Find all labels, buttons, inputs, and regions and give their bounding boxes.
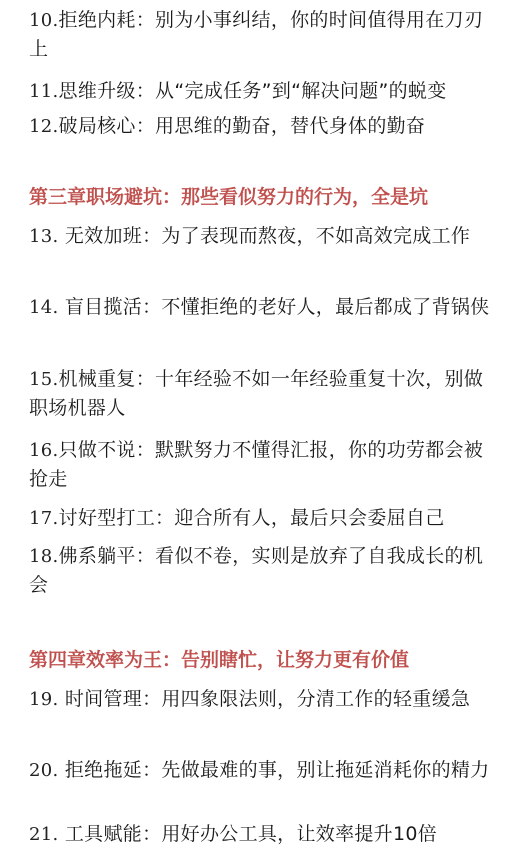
- list-item-15: 15.机械重复：十年经验不如一年经验重复十次，别做职场机器人: [29, 365, 491, 423]
- item-number: 12.: [29, 116, 59, 137]
- item-number: 19.: [29, 689, 59, 710]
- list-item-19: 19. 时间管理：用四象限法则，分清工作的轻重缓急: [29, 685, 491, 714]
- item-text: 拒绝内耗：别为小事纠结，你的时间值得用在刀刃上: [29, 9, 483, 60]
- list-item-20: 20. 拒绝拖延：先做最难的事，别让拖延消耗你的精力: [29, 756, 491, 785]
- item-number: 13.: [29, 226, 59, 247]
- list-item-12: 12.破局核心：用思维的勤奋，替代身体的勤奋: [29, 112, 491, 141]
- list-item-11: 11.思维升级：从“完成任务”到“解决问题”的蜕变: [29, 77, 491, 106]
- item-number: 14.: [29, 297, 59, 318]
- item-number: 15.: [29, 369, 59, 390]
- item-number: 18.: [29, 546, 59, 567]
- list-item-17: 17.讨好型打工：迎合所有人，最后只会委屈自己: [29, 504, 491, 533]
- item-number: 16.: [29, 440, 59, 461]
- item-text: 思维升级：从“完成任务”到“解决问题”的蜕变: [59, 80, 447, 102]
- list-item-21: 21. 工具赋能：用好办公工具，让效率提升10倍: [29, 820, 491, 849]
- item-text: 破局核心：用思维的勤奋，替代身体的勤奋: [59, 115, 426, 137]
- item-text: 佛系躺平：看似不卷，实则是放弃了自我成长的机会: [29, 545, 483, 596]
- chapter-3-heading: 第三章职场避坑：那些看似努力的行为，全是坑: [29, 183, 499, 211]
- item-number: 11.: [29, 81, 59, 102]
- chapter-4-heading: 第四章效率为王：告别瞎忙，让努力更有价值: [29, 646, 499, 674]
- item-number: 21.: [29, 824, 59, 845]
- list-item-14: 14. 盲目揽活：不懂拒绝的老好人，最后都成了背锅侠: [29, 293, 491, 322]
- list-item-18: 18.佛系躺平：看似不卷，实则是放弃了自我成长的机会: [29, 542, 491, 600]
- item-text: 机械重复：十年经验不如一年经验重复十次，别做职场机器人: [29, 368, 483, 419]
- item-text: 无效加班：为了表现而熬夜，不如高效完成工作: [59, 225, 471, 247]
- item-text: 时间管理：用四象限法则，分清工作的轻重缓急: [59, 688, 471, 710]
- list-item-16: 16.只做不说：默默努力不懂得汇报，你的功劳都会被抢走: [29, 436, 491, 494]
- item-number: 17.: [29, 508, 59, 529]
- item-number: 10.: [29, 10, 59, 31]
- item-text: 工具赋能：用好办公工具，让效率提升10倍: [59, 823, 438, 845]
- item-text: 讨好型打工：迎合所有人，最后只会委屈自己: [59, 507, 445, 529]
- item-text: 拒绝拖延：先做最难的事，别让拖延消耗你的精力: [59, 759, 490, 781]
- item-text: 只做不说：默默努力不懂得汇报，你的功劳都会被抢走: [29, 439, 483, 490]
- list-item-13: 13. 无效加班：为了表现而熬夜，不如高效完成工作: [29, 222, 491, 251]
- article-page: 10.拒绝内耗：别为小事纠结，你的时间值得用在刀刃上 11.思维升级：从“完成任…: [0, 0, 519, 860]
- item-text: 盲目揽活：不懂拒绝的老好人，最后都成了背锅侠: [59, 296, 490, 318]
- item-number: 20.: [29, 760, 59, 781]
- list-item-10: 10.拒绝内耗：别为小事纠结，你的时间值得用在刀刃上: [29, 6, 491, 64]
